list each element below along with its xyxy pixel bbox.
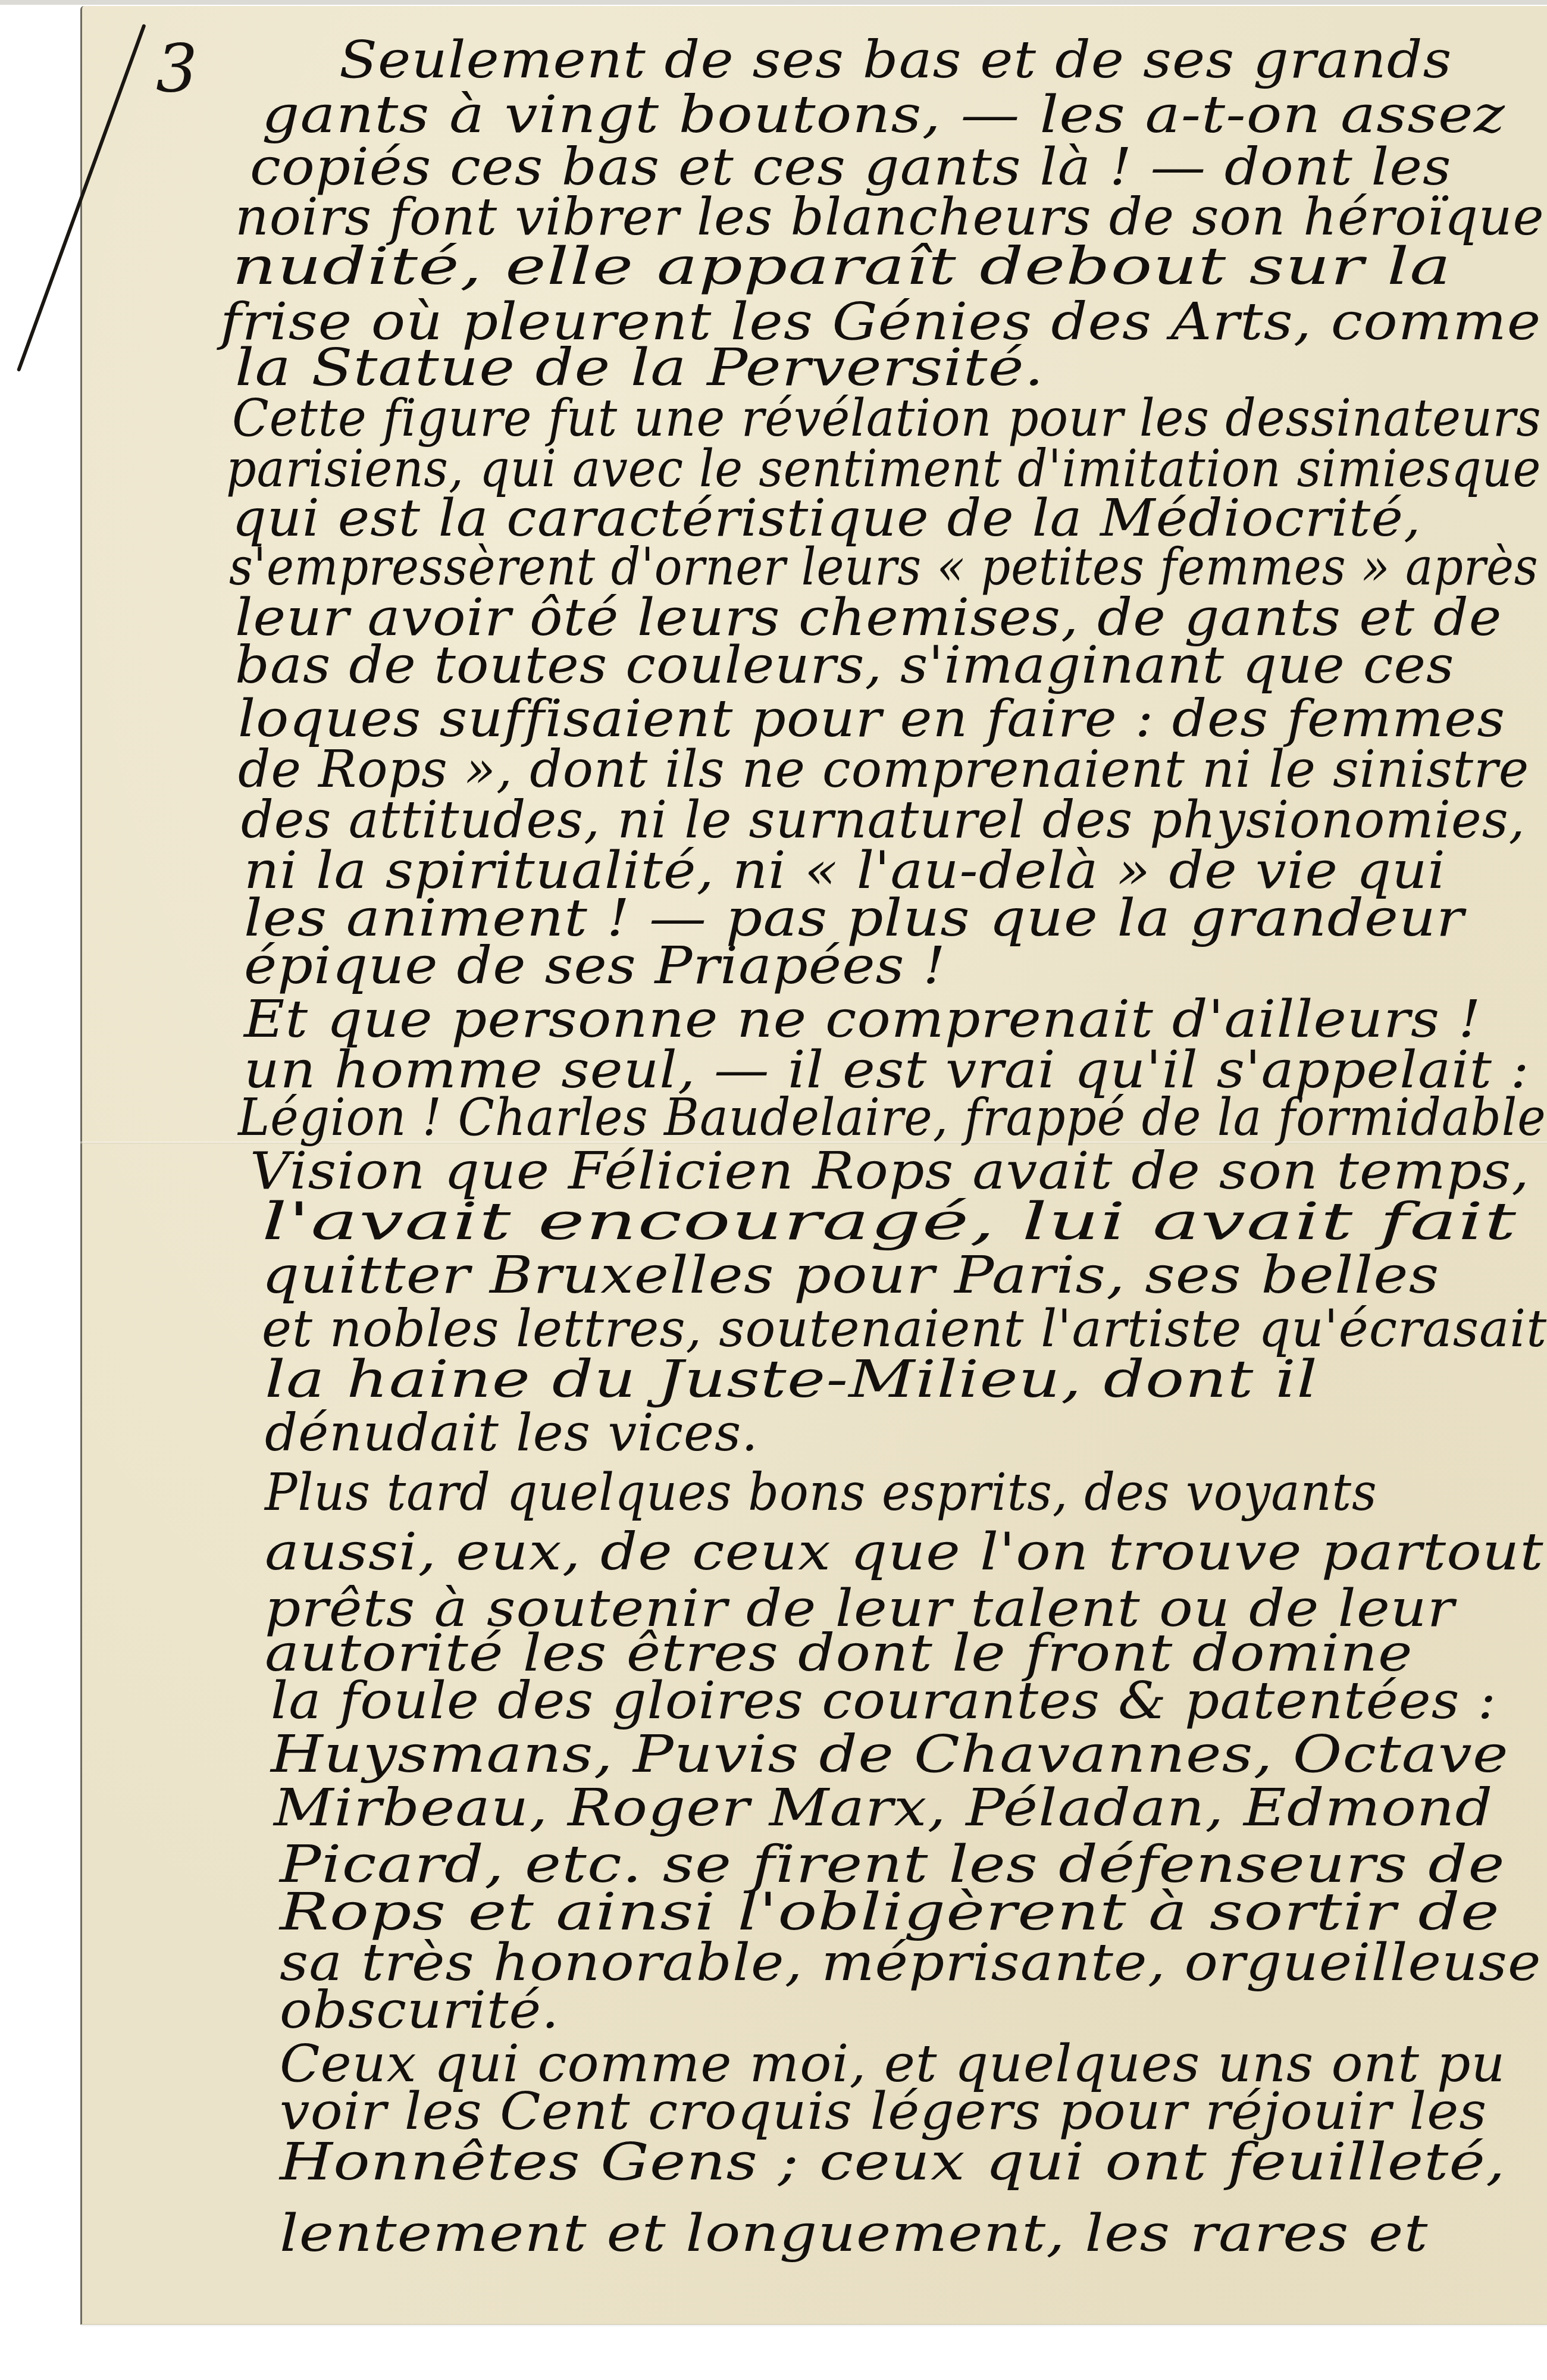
text-line: la foule des gloires courantes & patenté… bbox=[271, 1675, 1496, 1727]
text-line: l'avait encouragé, lui avait fait bbox=[262, 1196, 1517, 1247]
text-line: gants à vingt boutons, — les a-t-on asse… bbox=[262, 89, 1505, 140]
text-line: lentement et longuement, les rares et bbox=[280, 2208, 1428, 2259]
text-line: Et que personne ne comprenait d'ailleurs… bbox=[244, 994, 1482, 1045]
text-line: loques suffisaient pour en faire : des f… bbox=[238, 693, 1505, 745]
text-line: nudité, elle apparaît debout sur la bbox=[232, 241, 1452, 292]
text-line: des attitudes, ni le surnaturel des phys… bbox=[241, 795, 1526, 846]
text-line: Mirbeau, Roger Marx, Péladan, Edmond bbox=[274, 1782, 1493, 1834]
text-line: noirs font vibrer les blancheurs de son … bbox=[235, 192, 1545, 243]
text-line: obscurité. bbox=[280, 1985, 559, 2036]
text-line: quitter Bruxelles pour Paris, ses belles bbox=[262, 1250, 1439, 1301]
text-line: bas de toutes couleurs, s'imaginant que … bbox=[235, 640, 1455, 691]
text-line: aussi, eux, de ceux que l'on trouve part… bbox=[265, 1527, 1544, 1578]
text-line: la haine du Juste-Milieu, dont il bbox=[265, 1354, 1318, 1405]
text-line: Huysmans, Puvis de Chavannes, Octave bbox=[271, 1729, 1509, 1780]
text-line: Vision que Félicien Rops avait de son te… bbox=[250, 1146, 1530, 1197]
text-line: s'empressèrent d'orner leurs « petites f… bbox=[229, 542, 1539, 593]
page-number: 3 bbox=[156, 36, 198, 101]
text-line: épique de ses Priapées ! bbox=[244, 940, 946, 992]
text-line: Rops et ainsi l'obligèrent à sortir de bbox=[280, 1887, 1500, 1938]
text-line: Honnêtes Gens ; ceux qui ont feuilleté, bbox=[280, 2137, 1506, 2188]
text-line: Plus tard quelques bons esprits, des voy… bbox=[265, 1467, 1377, 1518]
text-line: Cette figure fut une révélation pour les… bbox=[232, 393, 1542, 444]
text-line: dénudait les vices. bbox=[265, 1408, 759, 1459]
text-line: Légion ! Charles Baudelaire, frappé de l… bbox=[238, 1092, 1546, 1143]
text-line: voir les Cent croquis légers pour réjoui… bbox=[280, 2086, 1487, 2137]
text-line: Seulement de ses bas et de ses grands bbox=[339, 35, 1452, 86]
scan-top-edge bbox=[0, 0, 1547, 5]
text-line: parisiens, qui avec le sentiment d'imita… bbox=[226, 443, 1541, 495]
text-line: copiés ces bas et ces gants là ! — dont … bbox=[250, 142, 1452, 193]
text-line: de Rops », dont ils ne comprenaient ni l… bbox=[238, 744, 1529, 795]
text-line: et nobles lettres, soutenaient l'artiste… bbox=[262, 1303, 1547, 1355]
text-line: qui est la caractéristique de la Médiocr… bbox=[232, 493, 1421, 544]
text-line: la Statue de la Perversité. bbox=[235, 342, 1044, 393]
